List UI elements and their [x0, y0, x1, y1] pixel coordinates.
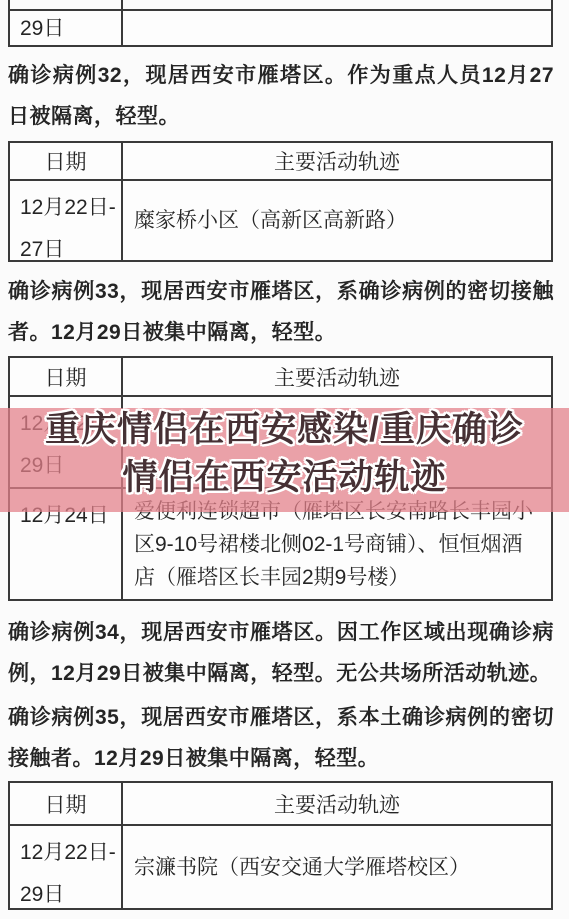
watermark-line-2: 情侣在西安活动轨迹 [0, 454, 569, 502]
header-date: 日期 [10, 783, 123, 824]
table-partial-top: 29日 [8, 0, 553, 47]
header-activity: 主要活动轨迹 [123, 143, 551, 179]
document-page: 29日 确诊病例32，现居西安市雁塔区。作为重点人员12月27日被隔离，轻型。 … [0, 0, 569, 919]
paragraph-case-32: 确诊病例32，现居西安市雁塔区。作为重点人员12月27日被隔离，轻型。 [8, 55, 554, 137]
header-activity: 主要活动轨迹 [123, 783, 551, 824]
table-partial-top-sliver [8, 0, 553, 9]
cell-date: 12月22日- 27日 [10, 181, 123, 260]
table-partial-top-sliver-divider [10, 0, 123, 9]
cell-activity [123, 11, 551, 45]
watermark-line-1: 重庆情侣在西安感染/重庆确诊 [0, 406, 569, 454]
cell-date: 29日 [10, 11, 123, 45]
table-case-35: 日期 主要活动轨迹 12月22日- 29日 宗濂书院（西安交通大学雁塔校区） [8, 781, 553, 910]
header-date: 日期 [10, 358, 123, 395]
watermark-title: 重庆情侣在西安感染/重庆确诊 情侣在西安活动轨迹 [0, 406, 569, 502]
table-header-row: 日期 主要活动轨迹 [10, 358, 551, 395]
header-activity: 主要活动轨迹 [123, 358, 551, 395]
paragraph-case-33: 确诊病例33，现居西安市雁塔区，系确诊病例的密切接触者。12月29日被集中隔离，… [8, 271, 554, 353]
table-header-row: 日期 主要活动轨迹 [10, 783, 551, 824]
table-partial-top-row: 29日 [8, 9, 553, 47]
paragraph-case-34: 确诊病例34，现居西安市雁塔区。因工作区域出现确诊病例，12月29日被集中隔离，… [8, 612, 554, 694]
table-row: 12月22日- 29日 宗濂书院（西安交通大学雁塔校区） [10, 824, 551, 908]
header-date: 日期 [10, 143, 123, 179]
table-case-32: 日期 主要活动轨迹 12月22日- 27日 糜家桥小区（高新区高新路） [8, 141, 553, 262]
paragraph-case-35: 确诊病例35，现居西安市雁塔区，系本土确诊病例的密切接触者。12月29日被集中隔… [8, 697, 554, 779]
table-header-row: 日期 主要活动轨迹 [10, 143, 551, 179]
cell-date: 12月22日- 29日 [10, 826, 123, 908]
cell-activity: 宗濂书院（西安交通大学雁塔校区） [123, 826, 551, 908]
table-row: 12月22日- 27日 糜家桥小区（高新区高新路） [10, 179, 551, 260]
cell-activity: 糜家桥小区（高新区高新路） [123, 181, 551, 260]
